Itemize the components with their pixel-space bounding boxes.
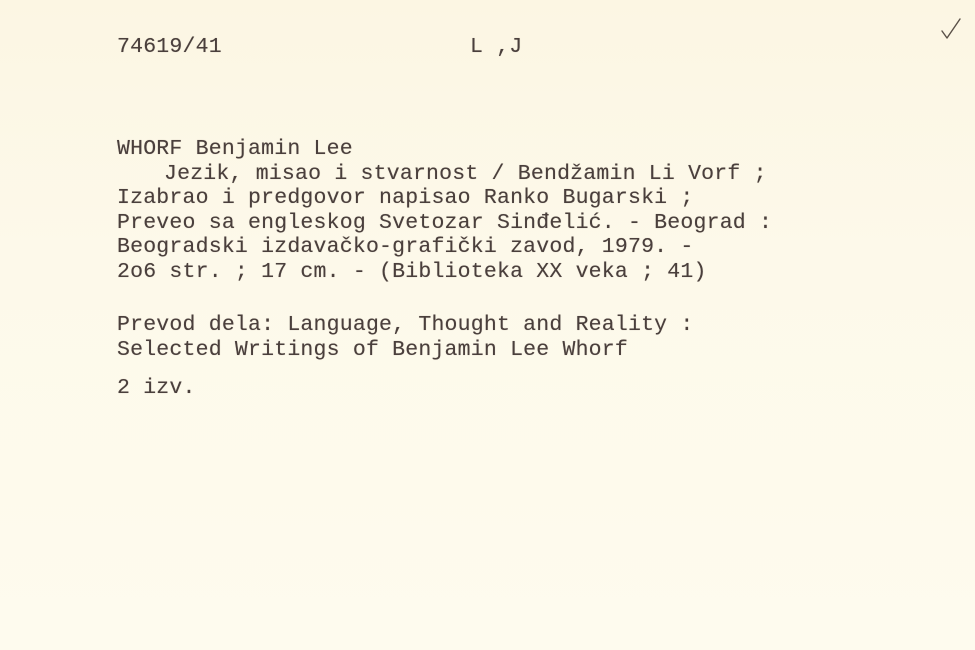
author-heading: WHORF Benjamin Lee xyxy=(117,137,772,162)
entry-line: Izabrao i predgovor napisao Ranko Bugars… xyxy=(117,186,772,211)
bibliographic-entry: WHORF Benjamin Lee Jezik, misao i stvarn… xyxy=(117,137,772,284)
catalog-card: 74619/41 L ,J WHORF Benjamin Lee Jezik, … xyxy=(0,0,975,650)
location-code: L ,J xyxy=(470,35,522,60)
entry-line: Beogradski izdavačko-grafički zavod, 197… xyxy=(117,235,772,260)
title-line: Jezik, misao i stvarnost / Bendžamin Li … xyxy=(117,162,772,187)
collation-line: 2o6 str. ; 17 cm. - (Biblioteka XX veka … xyxy=(117,260,772,285)
entry-line: Preveo sa engleskog Svetozar Sinđelić. -… xyxy=(117,211,772,236)
note-line: Prevod dela: Language, Thought and Reali… xyxy=(117,313,694,338)
original-title-note: Prevod dela: Language, Thought and Reali… xyxy=(117,313,694,363)
checkmark-icon xyxy=(940,16,962,42)
call-number: 74619/41 xyxy=(117,35,222,60)
copies-count: 2 izv. xyxy=(117,376,196,400)
note-line: Selected Writings of Benjamin Lee Whorf xyxy=(117,338,694,363)
